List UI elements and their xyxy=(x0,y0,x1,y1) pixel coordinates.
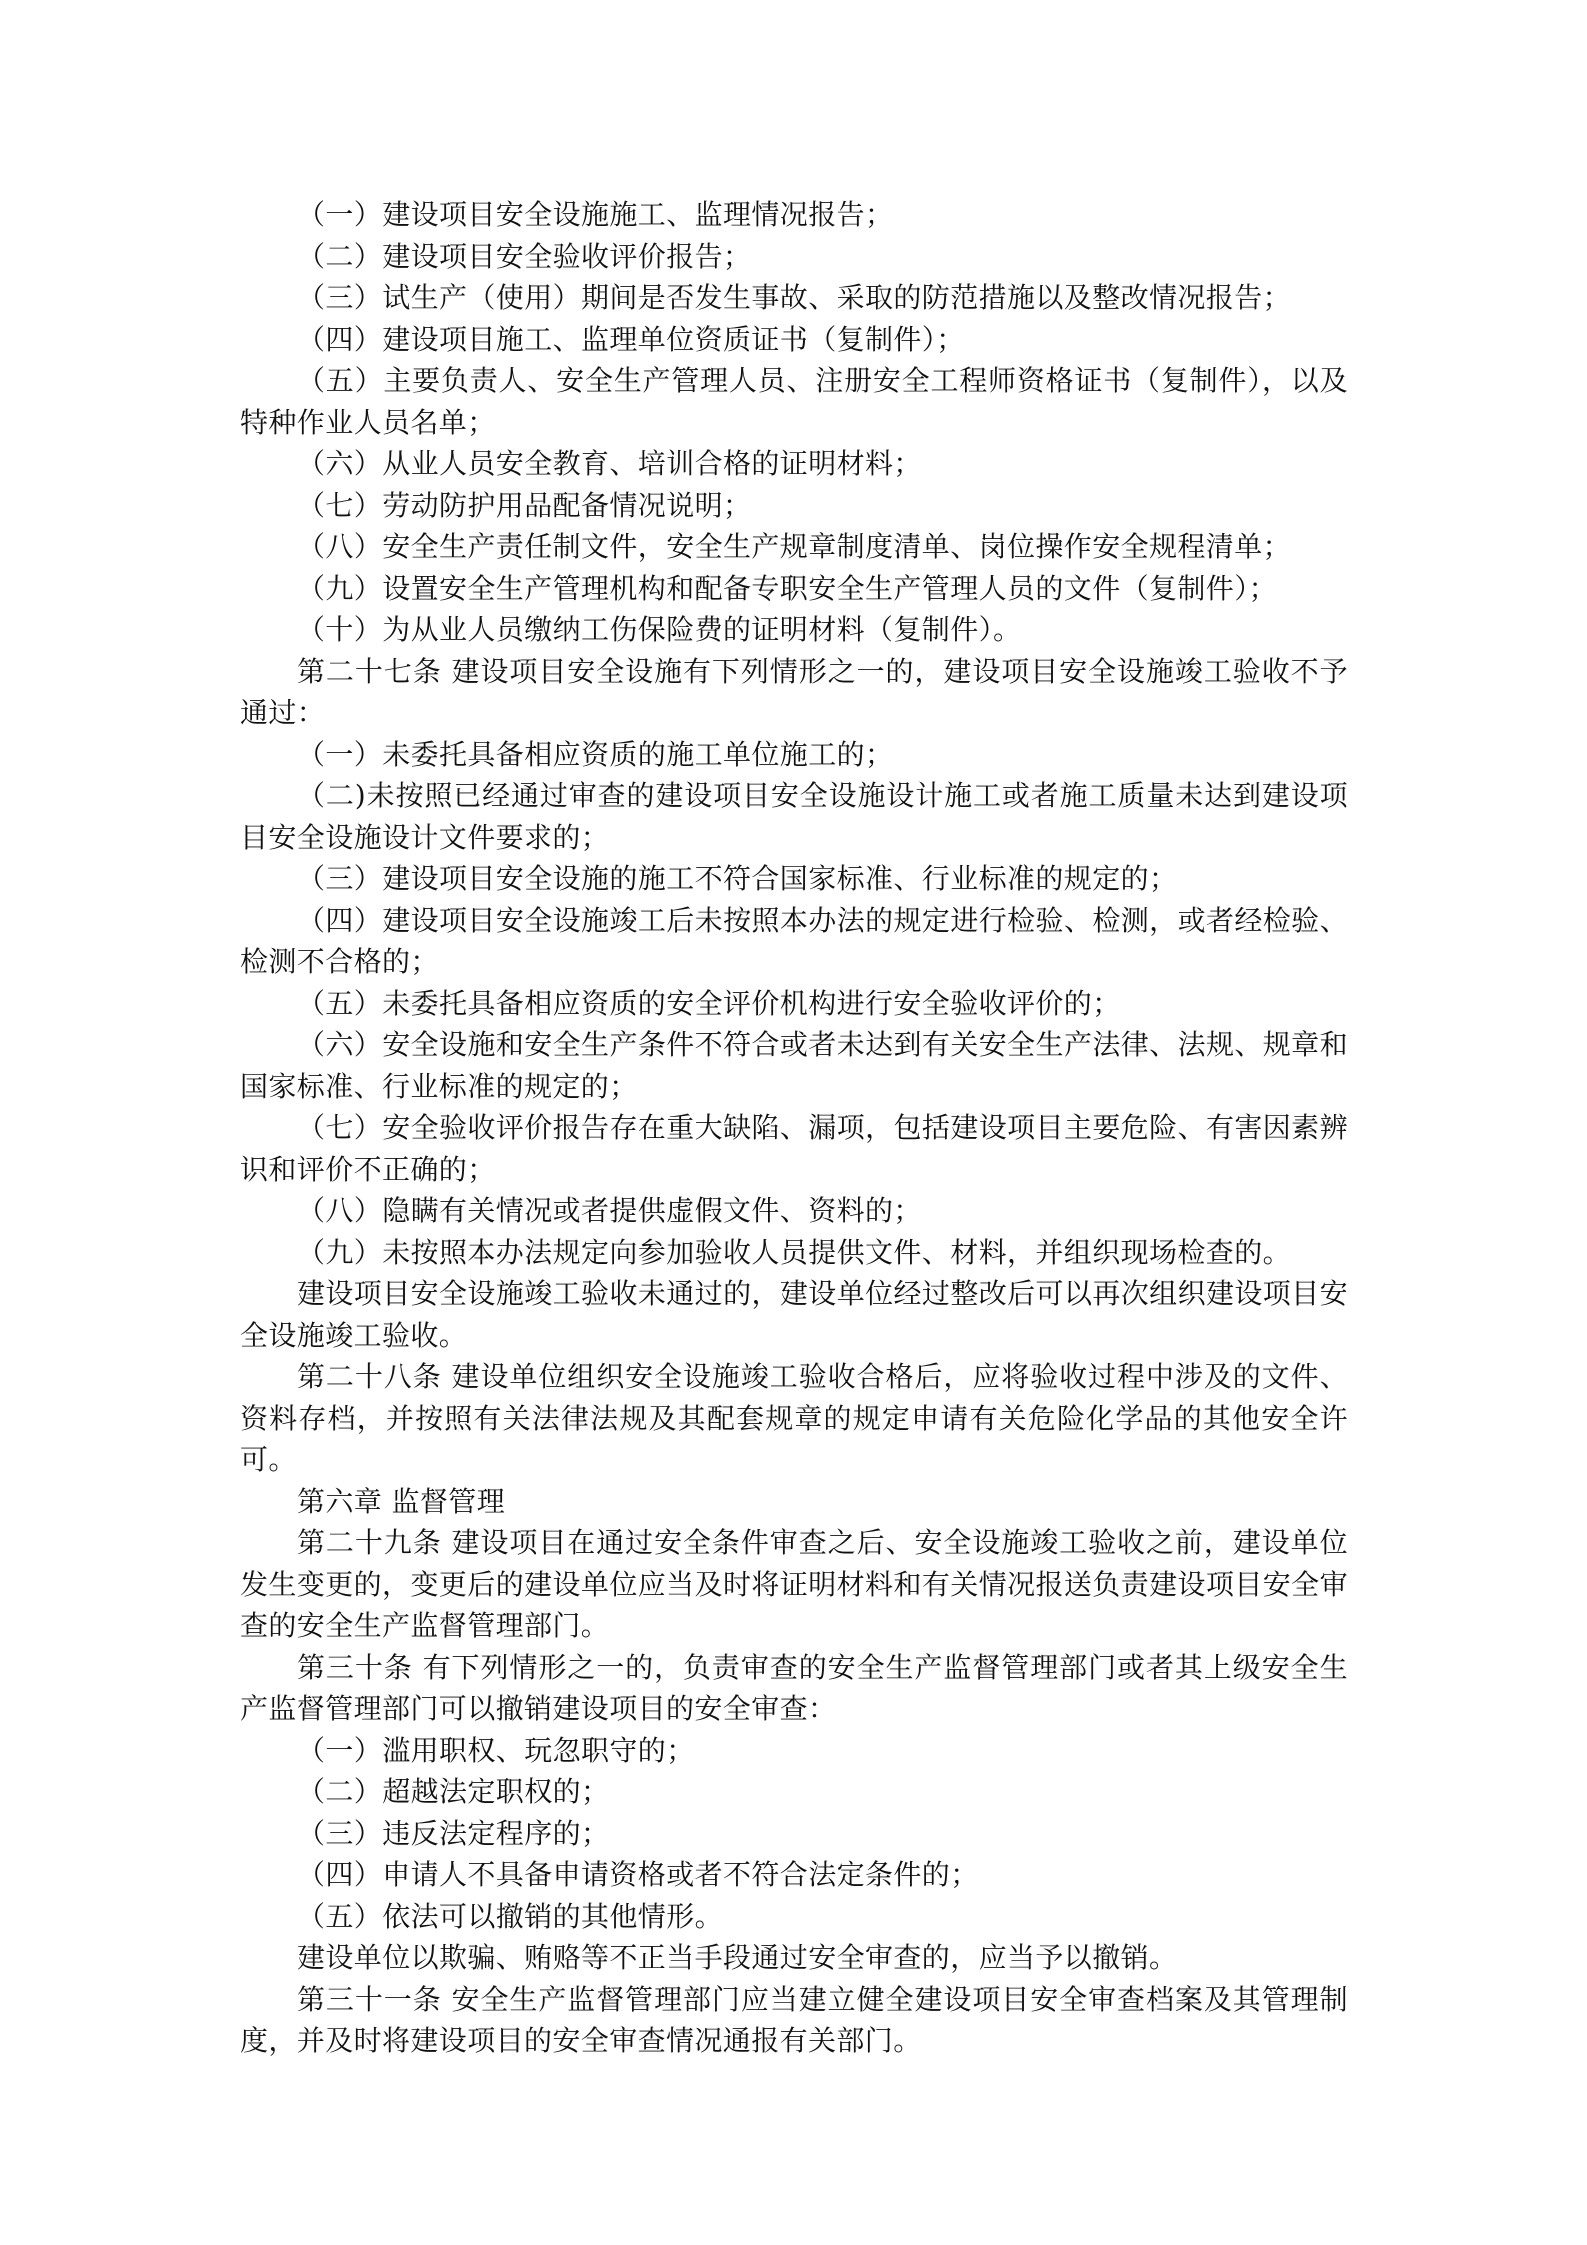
list-item: （一）建设项目安全设施施工、监理情况报告； xyxy=(240,194,1348,236)
list-item: （二）建设项目安全验收评价报告； xyxy=(240,236,1348,278)
list-item: （六）从业人员安全教育、培训合格的证明材料； xyxy=(240,443,1348,485)
list-item: （二)未按照已经通过审查的建设项目安全设施设计施工或者施工质量未达到建设项目安全… xyxy=(240,775,1348,858)
body-paragraph: 建设单位以欺骗、贿赂等不正当手段通过安全审查的，应当予以撤销。 xyxy=(240,1937,1348,1979)
list-item: （五）依法可以撤销的其他情形。 xyxy=(240,1896,1348,1938)
article-31: 第三十一条 安全生产监督管理部门应当建立健全建设项目安全审查档案及其管理制度，并… xyxy=(240,1979,1348,2062)
list-item: （八）隐瞒有关情况或者提供虚假文件、资料的； xyxy=(240,1190,1348,1232)
list-item: （五）未委托具备相应资质的安全评价机构进行安全验收评价的； xyxy=(240,983,1348,1025)
list-item: （一）未委托具备相应资质的施工单位施工的； xyxy=(240,734,1348,776)
list-item: （四）申请人不具备申请资格或者不符合法定条件的； xyxy=(240,1854,1348,1896)
article-30: 第三十条 有下列情形之一的，负责审查的安全生产监督管理部门或者其上级安全生产监督… xyxy=(240,1647,1348,1730)
list-item: （六）安全设施和安全生产条件不符合或者未达到有关安全生产法律、法规、规章和国家标… xyxy=(240,1024,1348,1107)
list-item: （一）滥用职权、玩忽职守的； xyxy=(240,1730,1348,1772)
list-item: （五）主要负责人、安全生产管理人员、注册安全工程师资格证书（复制件），以及特种作… xyxy=(240,360,1348,443)
list-item: （四）建设项目施工、监理单位资质证书（复制件）； xyxy=(240,319,1348,361)
list-item: （二）超越法定职权的； xyxy=(240,1771,1348,1813)
chapter-heading: 第六章 监督管理 xyxy=(240,1481,1348,1523)
list-item: （七）安全验收评价报告存在重大缺陷、漏项，包括建设项目主要危险、有害因素辨识和评… xyxy=(240,1107,1348,1190)
list-item: （四）建设项目安全设施竣工后未按照本办法的规定进行检验、检测，或者经检验、检测不… xyxy=(240,900,1348,983)
list-item: （十）为从业人员缴纳工伤保险费的证明材料（复制件）。 xyxy=(240,609,1348,651)
article-27: 第二十七条 建设项目安全设施有下列情形之一的，建设项目安全设施竣工验收不予通过： xyxy=(240,651,1348,734)
list-item: （九）未按照本办法规定向参加验收人员提供文件、材料，并组织现场检查的。 xyxy=(240,1232,1348,1274)
document-page: （一）建设项目安全设施施工、监理情况报告； （二）建设项目安全验收评价报告； （… xyxy=(240,194,1348,2062)
list-item: （三）建设项目安全设施的施工不符合国家标准、行业标准的规定的； xyxy=(240,858,1348,900)
list-item: （七）劳动防护用品配备情况说明； xyxy=(240,485,1348,527)
article-28: 第二十八条 建设单位组织安全设施竣工验收合格后，应将验收过程中涉及的文件、资料存… xyxy=(240,1356,1348,1481)
body-paragraph: 建设项目安全设施竣工验收未通过的，建设单位经过整改后可以再次组织建设项目安全设施… xyxy=(240,1273,1348,1356)
list-item: （三）试生产（使用）期间是否发生事故、采取的防范措施以及整改情况报告； xyxy=(240,277,1348,319)
article-29: 第二十九条 建设项目在通过安全条件审查之后、安全设施竣工验收之前，建设单位发生变… xyxy=(240,1522,1348,1647)
list-item: （九）设置安全生产管理机构和配备专职安全生产管理人员的文件（复制件）； xyxy=(240,568,1348,610)
list-item: （八）安全生产责任制文件，安全生产规章制度清单、岗位操作安全规程清单； xyxy=(240,526,1348,568)
list-item: （三）违反法定程序的； xyxy=(240,1813,1348,1855)
